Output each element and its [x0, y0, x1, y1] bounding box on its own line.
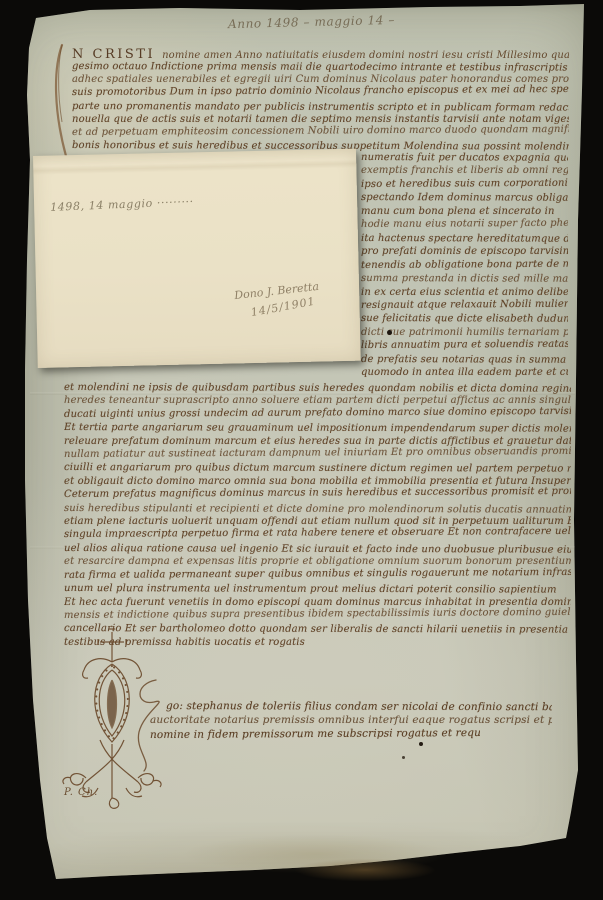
- manuscript-line: tenendis ab obligatione bona parte de ma…: [361, 257, 568, 272]
- ink-blot: [387, 330, 392, 335]
- notary-initials: P. Ch.: [64, 787, 98, 798]
- manuscript-line: parte uno promanentis mandato per public…: [72, 100, 569, 115]
- manuscript-line: pro prefati dominis de episcopo tarvisin…: [361, 245, 568, 258]
- manuscript-line: exemptis franchis et liberis ab omni reg…: [361, 164, 568, 177]
- subscription-line: auctoritate notarius premissis omnibus i…: [150, 713, 552, 727]
- manuscript-line: spectando Idem dominus marcus obligans e…: [361, 191, 568, 205]
- manuscript-line: libris annuatim pura et soluendis reatas…: [361, 338, 568, 353]
- manuscript-line: quomodo in antea illa eadem parte et cum…: [361, 366, 568, 379]
- manuscript-line: singula impraescripta perpetuo firma et …: [64, 525, 571, 542]
- manuscript-line: de prefatis seu notarias quas in summa i…: [361, 353, 568, 367]
- manuscript-line: sue felicitatis que dicte elisabeth dudu…: [361, 312, 568, 326]
- manuscript-line: nullam patiatur aut sustineat iacturam d…: [64, 445, 571, 462]
- manuscript-line: Et tertia parte angariarum seu grauaminu…: [64, 421, 571, 436]
- manuscript-line: ciuilli et angariarum pro quibus dictum …: [64, 461, 571, 476]
- manuscript-line: hodie manu eius notarii super facto pheu…: [361, 217, 568, 232]
- parchment-stain: [268, 854, 463, 886]
- slip-date-note: 1498, 14 maggio ·········: [50, 195, 194, 214]
- manuscript-line: suis heredibus stipulanti et recipienti …: [64, 502, 571, 517]
- manuscript-line: ducati uiginti unius grossi undecim ad a…: [64, 405, 571, 422]
- manuscript-line: ita hactenus spectare hereditatumque de …: [361, 232, 568, 246]
- subscription-line: nomine in fidem premissorum me subscrips…: [150, 726, 480, 742]
- subscription-line: go: stephanus de toleriis filius condam …: [166, 699, 552, 715]
- manuscript-line: Ceterum prefatus magnificus dominus marc…: [64, 485, 571, 502]
- manuscript-line: ipso et heredibus suis cum corporationib…: [361, 177, 568, 192]
- manuscript-photo: { "photo": { "background": "#0b0a08", "p…: [0, 0, 603, 900]
- archival-slip: 1498, 14 maggio ········· Dono J. Berett…: [33, 149, 361, 368]
- manuscript-line: mensis et indictione quibus supra presen…: [64, 606, 571, 623]
- opening-line-rest: nomine amen Anno natiuitatis eiusdem dom…: [162, 50, 569, 60]
- main-text-lower-block: et molendini ne ipsis de quibusdam parti…: [64, 381, 571, 649]
- manuscript-line: rata firma et ualida permaneant super qu…: [64, 566, 571, 583]
- main-text-upper-block: gesimo octauo Indictione prima mensis ma…: [72, 60, 569, 152]
- manuscript-line: et ad perpetuam emphiteosim concessionem…: [72, 123, 569, 139]
- ink-blot: [402, 756, 405, 759]
- opening-words: N CRISTI: [72, 47, 155, 60]
- manuscript-line: suis promotoribus Dum in ipso patrio dom…: [72, 83, 569, 99]
- main-text-beside-slip: numeratis fuit per ducatos expagnia quam…: [361, 151, 568, 380]
- manuscript-line: resignauit atque relaxauit Nobili mulier…: [361, 298, 568, 313]
- notary-subscription: go: stephanus de toleriis filius condam …: [150, 699, 552, 742]
- ink-blot: [419, 742, 423, 746]
- manuscript-line: summa prestanda in dictis sed mille magi…: [361, 272, 568, 286]
- main-text-opening-line: N CRISTInomine amen Anno natiuitatis eiu…: [72, 46, 569, 60]
- manuscript-line: unum uel plura instrumenta uel instrumen…: [64, 582, 571, 597]
- manuscript-line: numeratis fuit per ducatos expagnia quam…: [361, 151, 568, 165]
